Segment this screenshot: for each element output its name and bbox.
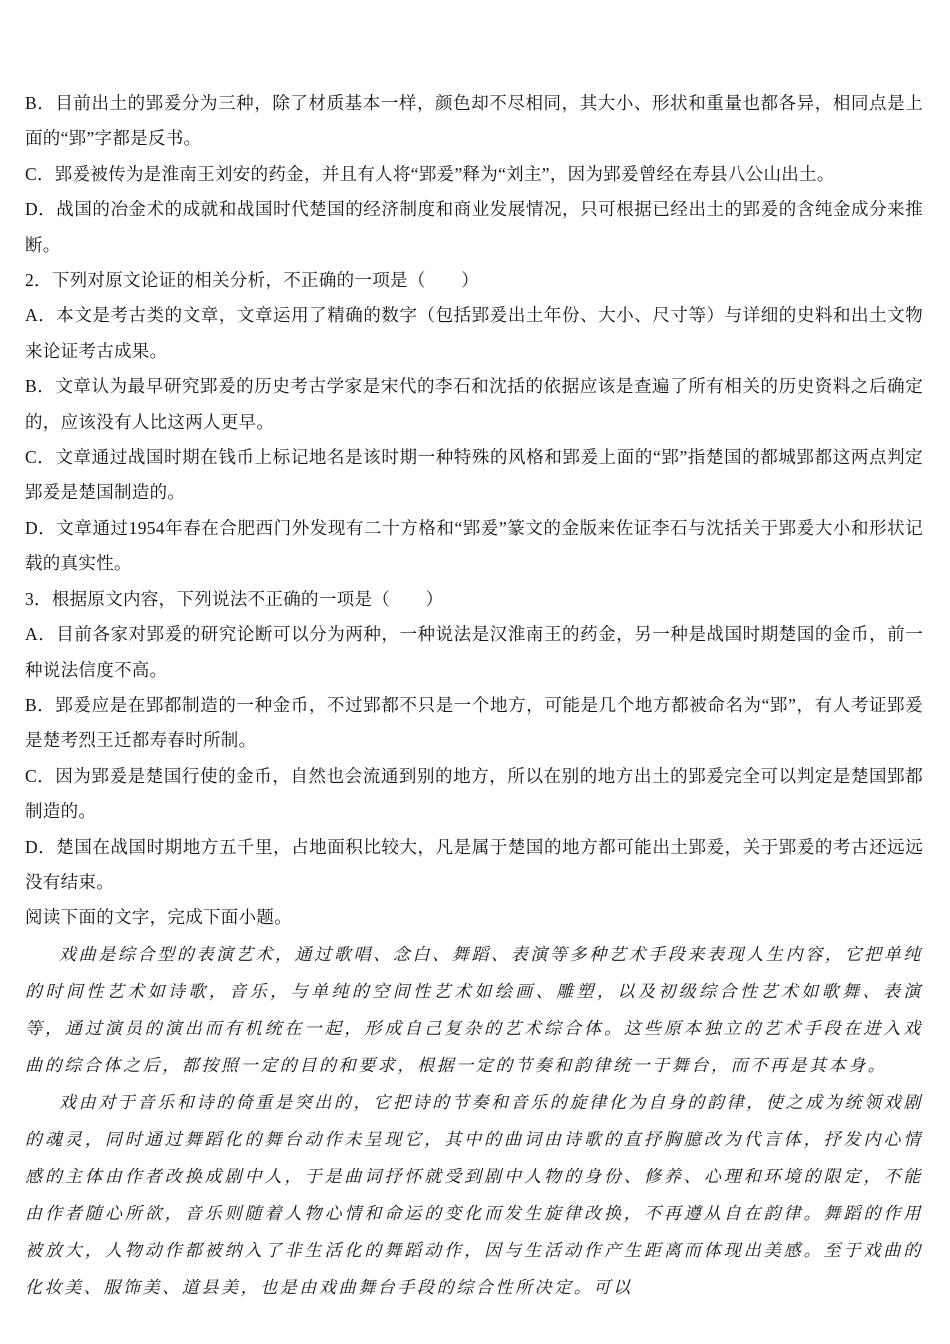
question-1-options-section: B．目前出土的郢爰分为三种，除了材质基本一样，颜色却不尽相同，其大小、形状和重量… [25, 86, 923, 263]
question-1-option-d: D．战国的冶金术的成就和战国时代楚国的经济制度和商业发展情况，只可根据已经出土的… [25, 192, 923, 263]
reading-passage-section: 戏曲是综合型的表演艺术，通过歌唱、念白、舞蹈、表演等多种艺术手段来表现人生内容，… [25, 936, 923, 1306]
question-3-section: 3．根据原文内容，下列说法不正确的一项是（ ） A．目前各家对郢爰的研究论断可以… [25, 582, 923, 901]
question-2-stem: 2．下列对原文论证的相关分析，不正确的一项是（ ） [25, 263, 923, 298]
passage-paragraph-1: 戏曲是综合型的表演艺术，通过歌唱、念白、舞蹈、表演等多种艺术手段来表现人生内容，… [25, 936, 923, 1084]
question-2-option-d: D．文章通过1954年春在合肥西门外发现有二十方格和“郢爰”篆文的金版来佐证李石… [25, 511, 923, 582]
question-2-option-c: C．文章通过战国时期在钱币上标记地名是该时期一种特殊的风格和郢爰上面的“郢”指楚… [25, 440, 923, 511]
question-1-option-c: C．郢爰被传为是淮南王刘安的药金，并且有人将“郢爰”释为“刘主”，因为郢爰曾经在… [25, 157, 923, 192]
reading-instruction: 阅读下面的文字，完成下面小题。 [25, 900, 923, 935]
question-2-section: 2．下列对原文论证的相关分析，不正确的一项是（ ） A．本文是考古类的文章，文章… [25, 263, 923, 582]
question-1-option-b: B．目前出土的郢爰分为三种，除了材质基本一样，颜色却不尽相同，其大小、形状和重量… [25, 86, 923, 157]
passage-paragraph-2: 戏由对于音乐和诗的倚重是突出的，它把诗的节奏和音乐的旋律化为自身的韵律，使之成为… [25, 1084, 923, 1306]
question-3-option-b: B．郢爰应是在郢都制造的一种金币，不过郢都不只是一个地方，可能是几个地方都被命名… [25, 688, 923, 759]
question-3-option-a: A．目前各家对郢爰的研究论断可以分为两种，一种说法是汉淮南王的药金，另一种是战国… [25, 617, 923, 688]
exam-document-page: B．目前出土的郢爰分为三种，除了材质基本一样，颜色却不尽相同，其大小、形状和重量… [0, 0, 950, 1344]
question-3-option-c: C．因为郢爰是楚国行使的金币，自然也会流通到别的地方，所以在别的地方出土的郢爰完… [25, 759, 923, 830]
question-2-option-a: A．本文是考古类的文章，文章运用了精确的数字（包括郢爰出土年份、大小、尺寸等）与… [25, 298, 923, 369]
question-2-option-b: B．文章认为最早研究郢爰的历史考古学家是宋代的李石和沈括的依据应该是查遍了所有相… [25, 369, 923, 440]
question-3-option-d: D．楚国在战国时期地方五千里，占地面积比较大，凡是属于楚国的地方都可能出土郢爰，… [25, 830, 923, 901]
question-3-stem: 3．根据原文内容，下列说法不正确的一项是（ ） [25, 582, 923, 617]
